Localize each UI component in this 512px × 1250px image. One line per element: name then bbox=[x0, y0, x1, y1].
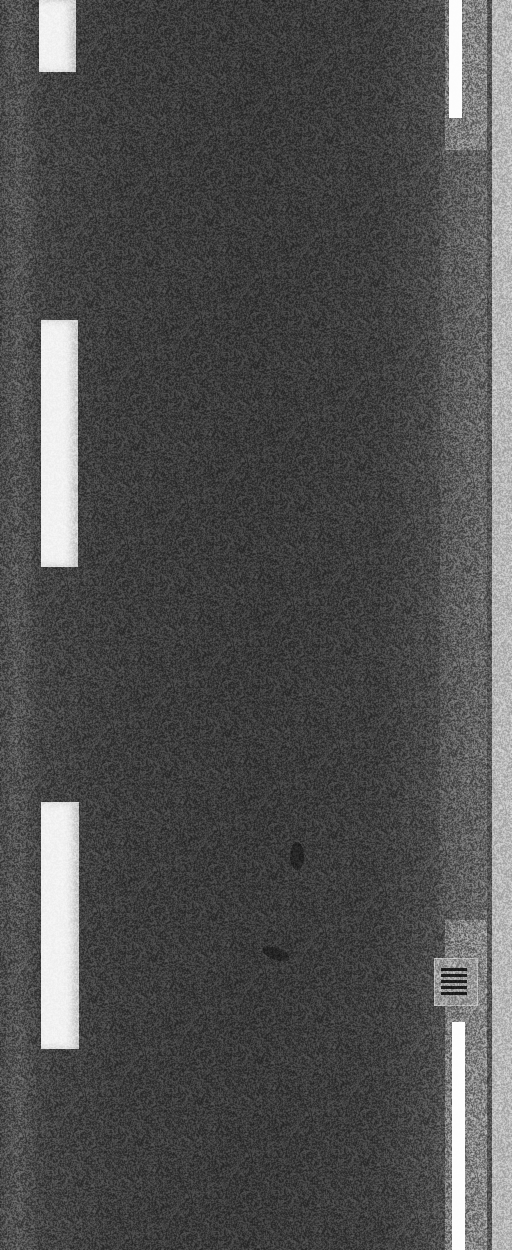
road-scene bbox=[0, 0, 512, 1250]
asphalt-texture bbox=[0, 0, 512, 1250]
